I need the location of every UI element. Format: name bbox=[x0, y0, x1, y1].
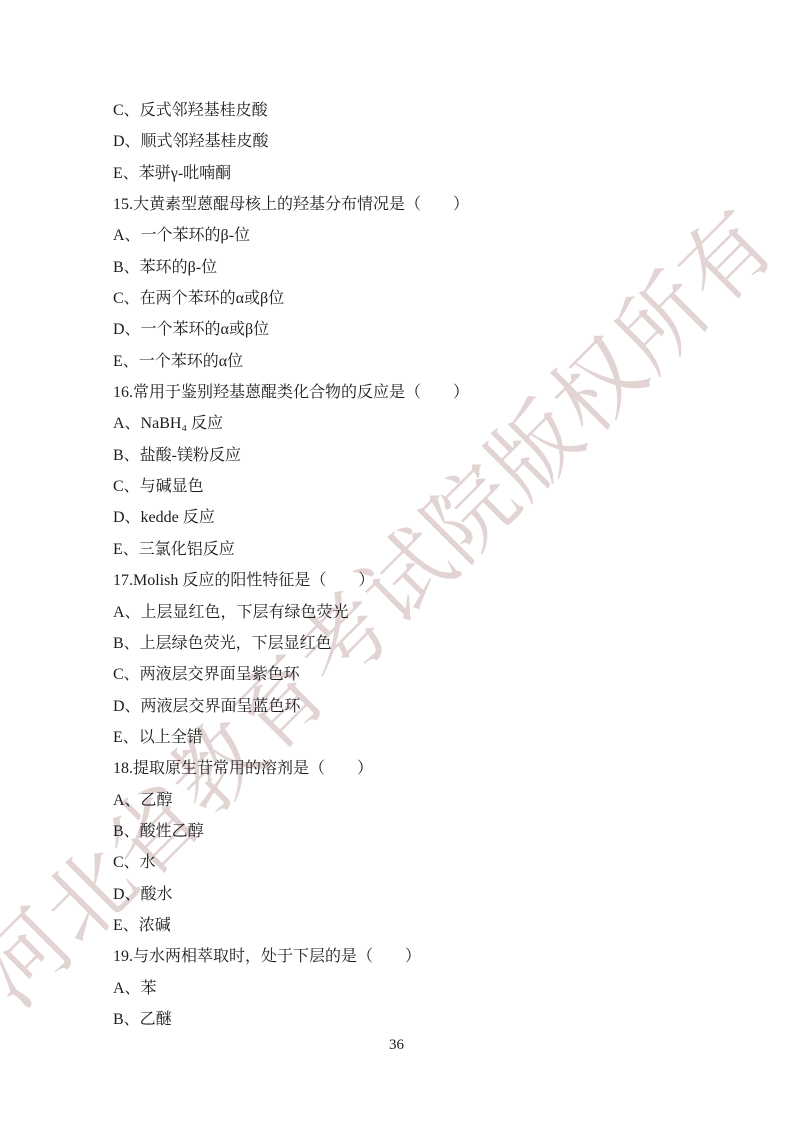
option-line: D、kedde 反应 bbox=[113, 502, 723, 533]
option-line: C、两液层交界面呈紫色环 bbox=[113, 659, 723, 690]
option-line: B、乙醚 bbox=[113, 1004, 723, 1035]
document-page: 河北省教育考试院版权所有 C、反式邻羟基桂皮酸D、顺式邻羟基桂皮酸E、苯骈γ-吡… bbox=[0, 0, 793, 1123]
option-line: D、顺式邻羟基桂皮酸 bbox=[113, 126, 723, 157]
option-line: E、浓碱 bbox=[113, 910, 723, 941]
option-line: A、乙醇 bbox=[113, 785, 723, 816]
question-line: 15.大黄素型蒽醌母核上的羟基分布情况是（ ） bbox=[113, 189, 723, 220]
option-line: E、三氯化铝反应 bbox=[113, 534, 723, 565]
option-line: E、以上全错 bbox=[113, 722, 723, 753]
option-line: A、NaBH₄ 反应 bbox=[113, 408, 723, 439]
question-list: C、反式邻羟基桂皮酸D、顺式邻羟基桂皮酸E、苯骈γ-吡喃酮15.大黄素型蒽醌母核… bbox=[113, 95, 723, 1035]
option-line: A、苯 bbox=[113, 973, 723, 1004]
option-line: C、在两个苯环的α或β位 bbox=[113, 283, 723, 314]
option-line: B、上层绿色荧光，下层显红色 bbox=[113, 628, 723, 659]
option-line: A、上层显红色，下层有绿色荧光 bbox=[113, 597, 723, 628]
option-line: B、苯环的β-位 bbox=[113, 252, 723, 283]
option-line: A、一个苯环的β-位 bbox=[113, 220, 723, 251]
page-number: 36 bbox=[0, 1037, 793, 1054]
option-line: C、与碱显色 bbox=[113, 471, 723, 502]
question-line: 16.常用于鉴别羟基蒽醌类化合物的反应是（ ） bbox=[113, 377, 723, 408]
option-line: C、水 bbox=[113, 847, 723, 878]
option-line: D、一个苯环的α或β位 bbox=[113, 314, 723, 345]
option-line: D、酸水 bbox=[113, 879, 723, 910]
question-line: 17.Molish 反应的阳性特征是（ ） bbox=[113, 565, 723, 596]
option-line: E、一个苯环的α位 bbox=[113, 346, 723, 377]
question-line: 19.与水两相萃取时，处于下层的是（ ） bbox=[113, 941, 723, 972]
option-line: E、苯骈γ-吡喃酮 bbox=[113, 158, 723, 189]
option-line: B、盐酸-镁粉反应 bbox=[113, 440, 723, 471]
option-line: D、两液层交界面呈蓝色环 bbox=[113, 691, 723, 722]
question-line: 18.提取原生苷常用的溶剂是（ ） bbox=[113, 753, 723, 784]
option-line: C、反式邻羟基桂皮酸 bbox=[113, 95, 723, 126]
option-line: B、酸性乙醇 bbox=[113, 816, 723, 847]
